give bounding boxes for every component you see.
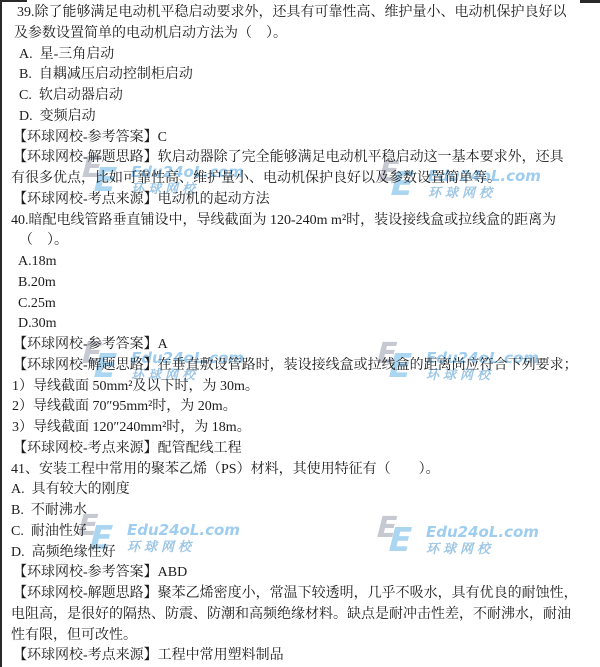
doc-line-q40-rule-1: 1）导线截面 50mm²及以下时，为 30m。 — [0, 377, 600, 398]
doc-line-q39-option-c: C. 软启动器启动 — [0, 86, 600, 107]
doc-line-q40-rule-2: 2）导线截面 70″95mm²时，为 20m。 — [0, 397, 600, 418]
doc-line-q39-option-b: B. 自耦减压启动控制柜启动 — [0, 65, 600, 86]
doc-line-question-41: 41、安装工程中常用的聚苯乙烯（PS）材料，其使用特征有（ ）。 — [0, 460, 600, 481]
doc-line-q40-option-d: D.30m — [0, 314, 600, 335]
doc-line-q39-answer: 【环球网校-参考答案】C — [0, 128, 600, 149]
doc-line-q39-option-d: D. 变频启动 — [0, 107, 600, 128]
doc-line-q40-option-b: B.20m — [0, 273, 600, 294]
doc-line-question-39-cont: 及参数设置简单的电动机启动方法为（ ）。 — [0, 24, 600, 45]
doc-line-q39-source: 【环球网校-考点来源】电动机的起动方法 — [0, 190, 600, 211]
doc-line-q39-explanation-cont: 有很多优点，比如可靠性高、维护量小、电动机保护良好以及参数设置简单等。 — [0, 169, 600, 190]
doc-line-q39-option-a: A. 星-三角启动 — [0, 45, 600, 66]
page-border-left — [0, 0, 2, 667]
doc-line-q40-option-c: C.25m — [0, 294, 600, 315]
doc-line-q41-option-b: B. 不耐沸水 — [0, 501, 600, 522]
doc-line-q41-option-a: A. 具有较大的刚度 — [0, 480, 600, 501]
doc-line-q40-option-a: A.18m — [0, 252, 600, 273]
doc-line-q41-source: 【环球网校-考点来源】工程中常用塑料制品 — [0, 646, 600, 667]
doc-line-question-39: 39.除了能够满足电动机平稳启动要求外，还具有可靠性高、维护量小、电动机保护良好… — [0, 3, 600, 24]
document-text: 39.除了能够满足电动机平稳启动要求外，还具有可靠性高、维护量小、电动机保护良好… — [0, 3, 600, 667]
doc-line-question-40-cont: （ ）。 — [0, 231, 600, 252]
doc-line-q41-answer: 【环球网校-参考答案】ABD — [0, 563, 600, 584]
doc-line-q40-answer: 【环球网校-参考答案】A — [0, 335, 600, 356]
doc-line-q41-option-c: C. 耐油性好 — [0, 522, 600, 543]
doc-line-q40-rule-3: 3）导线截面 120″240mm²时，为 18m。 — [0, 418, 600, 439]
doc-line-q41-explanation-end: 性有限，但可改性。 — [0, 626, 600, 647]
doc-line-question-40: 40.暗配电线管路垂直铺设中，导线截面为 120-240m m²时，装设接线盒或… — [0, 211, 600, 232]
doc-line-q40-explanation: 【环球网校-解题思路】在垂直敷设管路时，装设接线盒或拉线盒的距离尚应符合下列要求… — [0, 356, 600, 377]
page-border-top-left — [0, 0, 27, 2]
doc-line-q39-explanation: 【环球网校-解题思路】软启动器除了完全能够满足电动机平稳启动这一基本要求外，还具 — [0, 148, 600, 169]
doc-line-q40-source: 【环球网校-考点来源】配管配线工程 — [0, 439, 600, 460]
doc-line-q41-explanation-cont: 电阻高，是很好的隔热、防震、防潮和高频绝缘材料。缺点是耐冲击性差，不耐沸水，耐油 — [0, 605, 600, 626]
page-border-top-right — [580, 0, 600, 3]
doc-line-q41-option-d: D. 高频绝缘性好 — [0, 543, 600, 564]
doc-line-q41-explanation: 【环球网校-解题思路】聚苯乙烯密度小，常温下较透明，几乎不吸水，具有优良的耐蚀性… — [0, 584, 600, 605]
